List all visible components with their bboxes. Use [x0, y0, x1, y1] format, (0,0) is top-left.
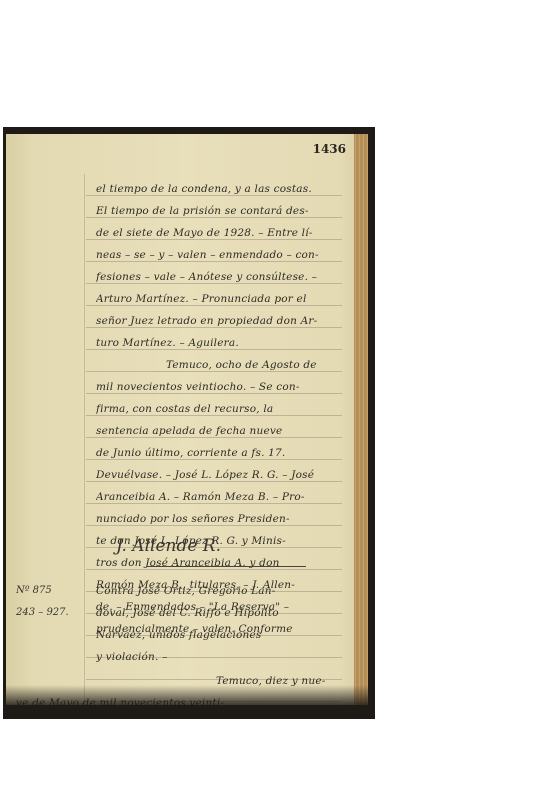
case-number: Nº 875 [16, 580, 76, 602]
signature: J. Allende R. [116, 536, 221, 556]
case-reference: 243 – 927. [16, 602, 76, 624]
text-line: nunciado por los señores Presiden- [96, 508, 346, 530]
text-line: de el siete de Mayo de 1928. – Entre lí- [96, 222, 346, 244]
text-line: fesiones – vale – Anótese y consúltese. … [96, 266, 346, 288]
text-line: señor Juez letrado en propiedad don Ar- [96, 310, 346, 332]
page-number: 1436 [313, 142, 346, 156]
scanned-page: 1436 el tiempo de la condena, y a las co… [3, 127, 375, 719]
text-line: Aranceibia A. – Ramón Meza B. – Pro- [96, 486, 346, 508]
text-line: y violación. – [96, 646, 346, 668]
signature-rule [146, 566, 306, 567]
text-line: sentencia apelada de fecha nueve [96, 420, 346, 442]
page-shadow [6, 685, 368, 705]
text-line: firma, con costas del recurso, la [96, 398, 346, 420]
text-line: mil novecientos veintiocho. – Se con- [96, 376, 346, 398]
text-line: Devuélvase. – José L. López R. G. – José [96, 464, 346, 486]
text-line: Arturo Martínez. – Pronunciada por el [96, 288, 346, 310]
text-line: doval, José del C. Riffo e Hipólito [96, 602, 346, 624]
text-line: neas – se – y – valen – enmendado – con- [96, 244, 346, 266]
entry-margin-notes: Nº 875 243 – 927. [16, 580, 76, 624]
text-line: Narváez, unidos flagelaciones [96, 624, 346, 646]
text-line: Temuco, ocho de Agosto de [96, 354, 346, 376]
text-line: Contra José Ortiz, Gregorio Lan- [96, 580, 346, 602]
handwritten-body: el tiempo de la condena, y a las costas.… [96, 178, 346, 640]
text-line: El tiempo de la prisión se contará des- [96, 200, 346, 222]
text-line: el tiempo de la condena, y a las costas. [96, 178, 346, 200]
entry-body: Contra José Ortiz, Gregorio Lan- doval, … [96, 580, 346, 668]
text-line: turo Martínez. – Aguilera. [96, 332, 346, 354]
ledger-page: 1436 el tiempo de la condena, y a las co… [6, 134, 368, 705]
page-edges [354, 134, 368, 705]
text-line: de Junio último, corriente a fs. 17. [96, 442, 346, 464]
margin-line [84, 174, 85, 705]
